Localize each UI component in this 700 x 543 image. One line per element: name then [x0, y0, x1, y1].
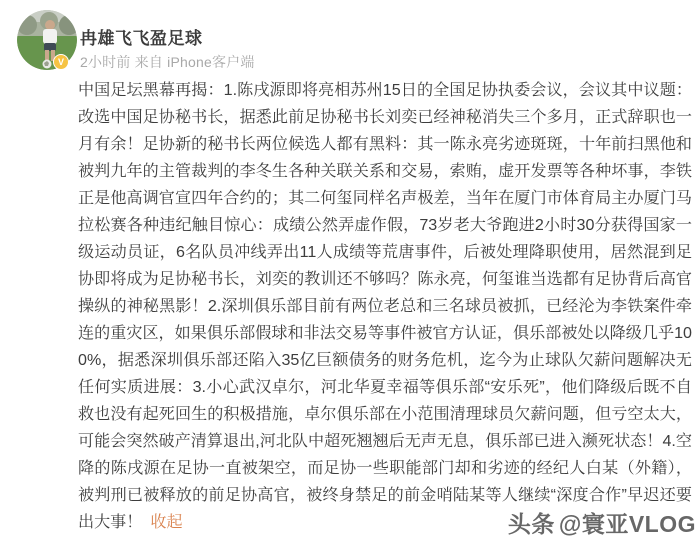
post-text: 中国足坛黑幕再揭：1.陈戌源即将亮相苏州15日的全国足协执委会议，会议其中议题：…: [78, 81, 692, 531]
post-body: 中国足坛黑幕再揭：1.陈戌源即将亮相苏州15日的全国足协执委会议，会议其中议题：…: [78, 77, 692, 536]
post: V 冉雄飞飞盈足球 2小时前 来自 iPhone客户端 中国足坛黑幕再揭：1.陈…: [0, 0, 700, 543]
avatar[interactable]: V: [17, 10, 77, 70]
watermark-handle: @寰亚VLOG: [559, 511, 696, 537]
verified-badge-icon: V: [53, 54, 69, 70]
post-meta: 2小时前 来自 iPhone客户端: [80, 52, 255, 72]
watermark-brand: 头条: [508, 511, 555, 537]
collapse-link[interactable]: 收起: [150, 513, 182, 531]
watermark: 头条@寰亚VLOG: [508, 506, 696, 539]
author-name[interactable]: 冉雄飞飞盈足球: [80, 24, 203, 49]
